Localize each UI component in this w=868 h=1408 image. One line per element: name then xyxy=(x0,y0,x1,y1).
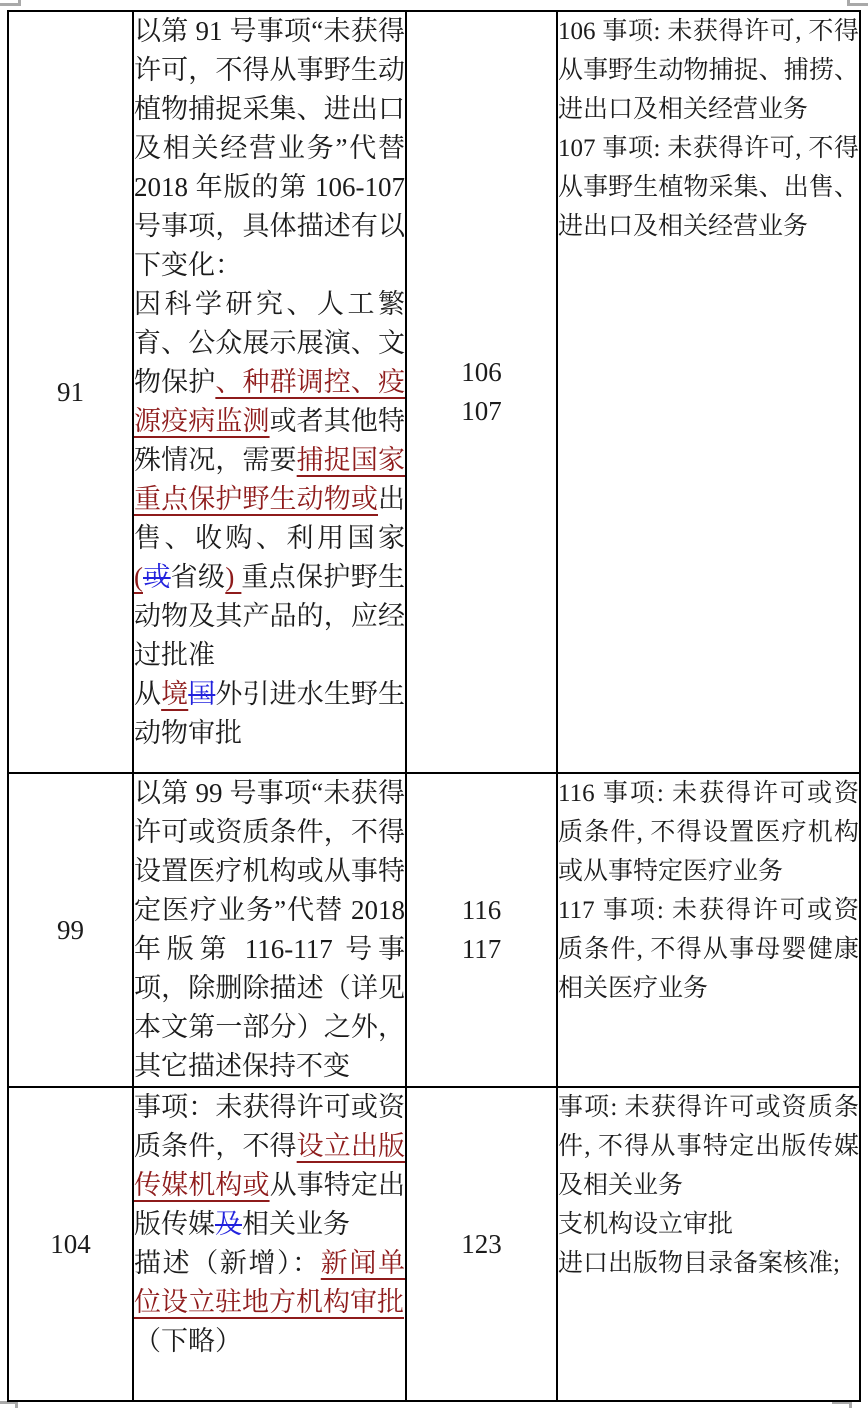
deleted-text-run: 或 xyxy=(143,562,171,592)
text-run: 支机构设立审批 xyxy=(558,1211,733,1238)
inserted-text-run: 境 xyxy=(161,679,188,709)
table-row: 99 以第 99 号事项“未获得许可或资质条件，不得设置医疗机构或从事特定医疗业… xyxy=(8,773,860,1087)
text-run: （下略） xyxy=(134,1326,242,1356)
text-run: 106 事项: 未获得许可, 不得从事野生动物捕捉、捕捞、进出口及相关经营业务 xyxy=(558,18,859,123)
page-corner-mark-top-left xyxy=(0,0,21,6)
text-run: 进口出版物目录备案核准; xyxy=(558,1250,840,1277)
inserted-text-run: ) xyxy=(225,562,241,592)
page-corner-mark-bottom-right xyxy=(832,1401,852,1408)
cell-2018-item-description: 116 事项: 未获得许可或资质条件, 不得设置医疗机构或从事特定医疗业务117… xyxy=(557,773,860,1087)
text-run: 117 事项: 未获得许可或资质条件, 不得从事母婴健康相关医疗业务 xyxy=(558,897,859,1002)
cell-old-item-number: 104 xyxy=(8,1087,133,1401)
cell-change-description: 以第 99 号事项“未获得许可或资质条件，不得设置医疗机构或从事特定医疗业务”代… xyxy=(133,773,406,1087)
text-run: 以第 99 号事项“未获得许可或资质条件，不得设置医疗机构或从事特定医疗业务”代… xyxy=(134,778,405,1081)
text-run: 以第 91 号事项“未获得许可，不得从事野生动植物捕捉采集、进出口及相关经营业务… xyxy=(134,16,405,280)
cell-change-description: 事项：未获得许可或资质条件，不得设立出版传媒机构或从事特定出版传媒及相关业务描述… xyxy=(133,1087,406,1401)
revision-comparison-table: 91 以第 91 号事项“未获得许可，不得从事野生动植物捕捉采集、进出口及相关经… xyxy=(7,10,861,1402)
table-row: 104 事项：未获得许可或资质条件，不得设立出版传媒机构或从事特定出版传媒及相关… xyxy=(8,1087,860,1401)
deleted-text-run: 国 xyxy=(188,679,215,709)
text-run: 描述（新增）： xyxy=(134,1248,321,1278)
cell-old-2018-numbers: 106107 xyxy=(406,11,557,773)
table-row: 91 以第 91 号事项“未获得许可，不得从事野生动植物捕捉采集、进出口及相关经… xyxy=(8,11,860,773)
text-run: 123 xyxy=(461,1229,502,1259)
cell-2018-item-description: 事项: 未获得许可或资质条件, 不得从事特定出版传媒及相关业务支机构设立审批进口… xyxy=(557,1087,860,1401)
deleted-text-run: 及 xyxy=(215,1209,242,1239)
text-run: 107 xyxy=(461,396,502,426)
cell-change-description: 以第 91 号事项“未获得许可，不得从事野生动植物捕捉采集、进出口及相关经营业务… xyxy=(133,11,406,773)
text-run: 117 xyxy=(462,934,502,964)
text-run: 省级 xyxy=(171,562,226,592)
text-run: 106 xyxy=(461,357,502,387)
text-run: 相关业务 xyxy=(242,1209,350,1239)
page-corner-mark-bottom-left xyxy=(0,1401,18,1408)
cell-old-item-number: 99 xyxy=(8,773,133,1087)
text-run: 116 事项: 未获得许可或资质条件, 不得设置医疗机构或从事特定医疗业务 xyxy=(558,780,859,885)
cell-old-item-number: 91 xyxy=(8,11,133,773)
text-run: 从 xyxy=(134,679,161,709)
text-run: 116 xyxy=(462,895,502,925)
text-run: 107 事项: 未获得许可, 不得从事野生植物采集、出售、进出口及相关经营业务 xyxy=(558,135,859,240)
cell-old-2018-numbers: 116117 xyxy=(406,773,557,1087)
page-corner-mark-top-right xyxy=(847,0,868,6)
cell-2018-item-description: 106 事项: 未获得许可, 不得从事野生动物捕捉、捕捞、进出口及相关经营业务1… xyxy=(557,11,860,773)
inserted-text-run: ( xyxy=(134,562,143,592)
text-run: 事项: 未获得许可或资质条件, 不得从事特定出版传媒及相关业务 xyxy=(558,1094,859,1199)
cell-old-2018-numbers: 123 xyxy=(406,1087,557,1401)
